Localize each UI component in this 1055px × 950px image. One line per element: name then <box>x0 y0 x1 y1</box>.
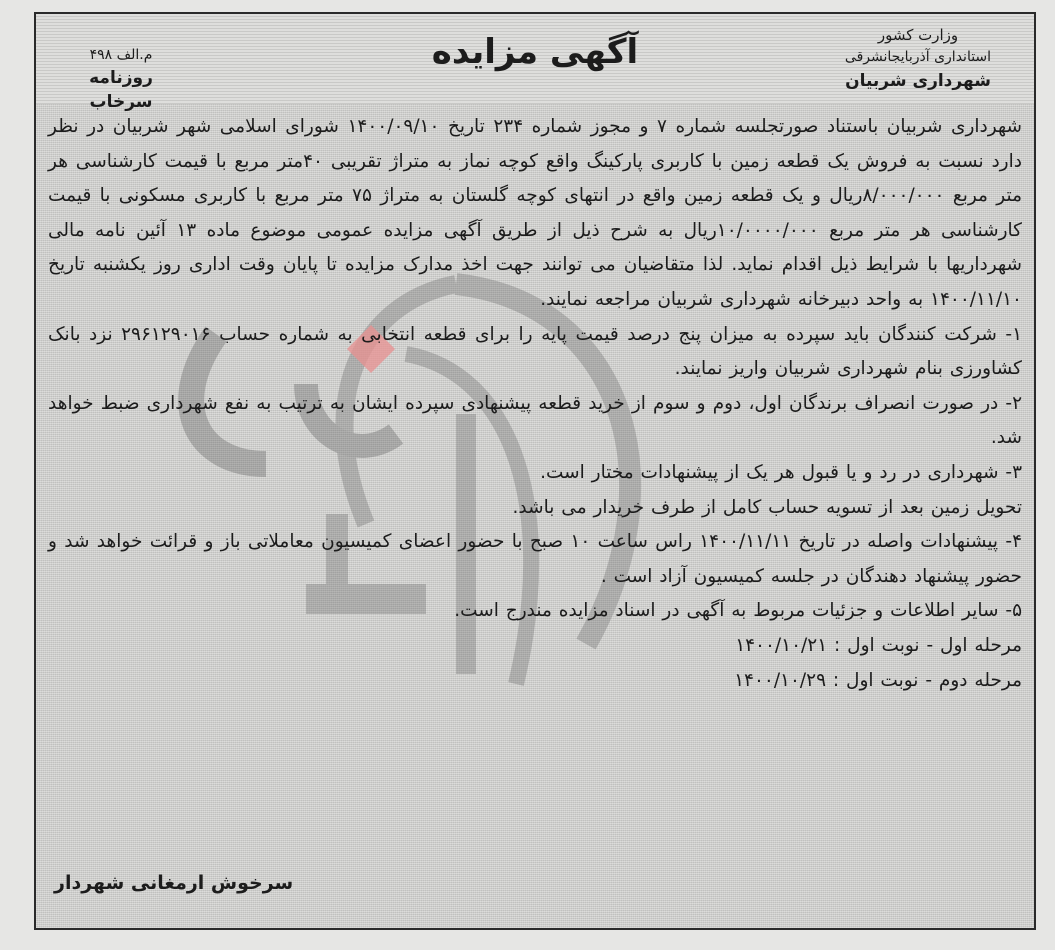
auction-notice: وزارت کشور استانداری آذربایجانشرقی شهردا… <box>34 12 1036 930</box>
newspaper-name: روزنامه سرخاب <box>56 66 186 114</box>
condition-1: ۱- شرکت کنندگان باید سپرده به میزان پنج … <box>48 318 1022 387</box>
publication-block: م.الف ۴۹۸ روزنامه سرخاب <box>56 44 186 114</box>
ad-code: م.الف ۴۹۸ <box>56 44 186 66</box>
condition-5: ۵- سایر اطلاعات و جزئیات مربوط به آگهی د… <box>48 594 1022 629</box>
condition-2: ۲- در صورت انصراف برندگان اول، دوم و سوم… <box>48 387 1022 456</box>
condition-3: ۳- شهرداری در رد و یا قبول هر یک از پیشن… <box>48 456 1022 491</box>
condition-4: ۴- پیشنهادات واصله در تاریخ ۱۴۰۰/۱۱/۱۱ ر… <box>48 525 1022 594</box>
delivery-note: تحویل زمین بعد از تسویه حساب کامل از طرف… <box>48 491 1022 526</box>
publication-stages: مرحله اول - نوبت اول : ۱۴۰۰/۱۰/۲۱ مرحله … <box>48 629 1022 698</box>
intro-paragraph: شهرداری شربیان باستناد صورتجلسه شماره ۷ … <box>48 110 1022 318</box>
notice-body: شهرداری شربیان باستناد صورتجلسه شماره ۷ … <box>48 110 1022 698</box>
signature: سرخوش ارمغانی شهردار <box>54 872 293 894</box>
stage-1-date: مرحله اول - نوبت اول : ۱۴۰۰/۱۰/۲۱ <box>48 629 1022 664</box>
stage-2-date: مرحله دوم - نوبت اول : ۱۴۰۰/۱۰/۲۹ <box>48 664 1022 699</box>
notice-header: وزارت کشور استانداری آذربایجانشرقی شهردا… <box>36 14 1034 104</box>
